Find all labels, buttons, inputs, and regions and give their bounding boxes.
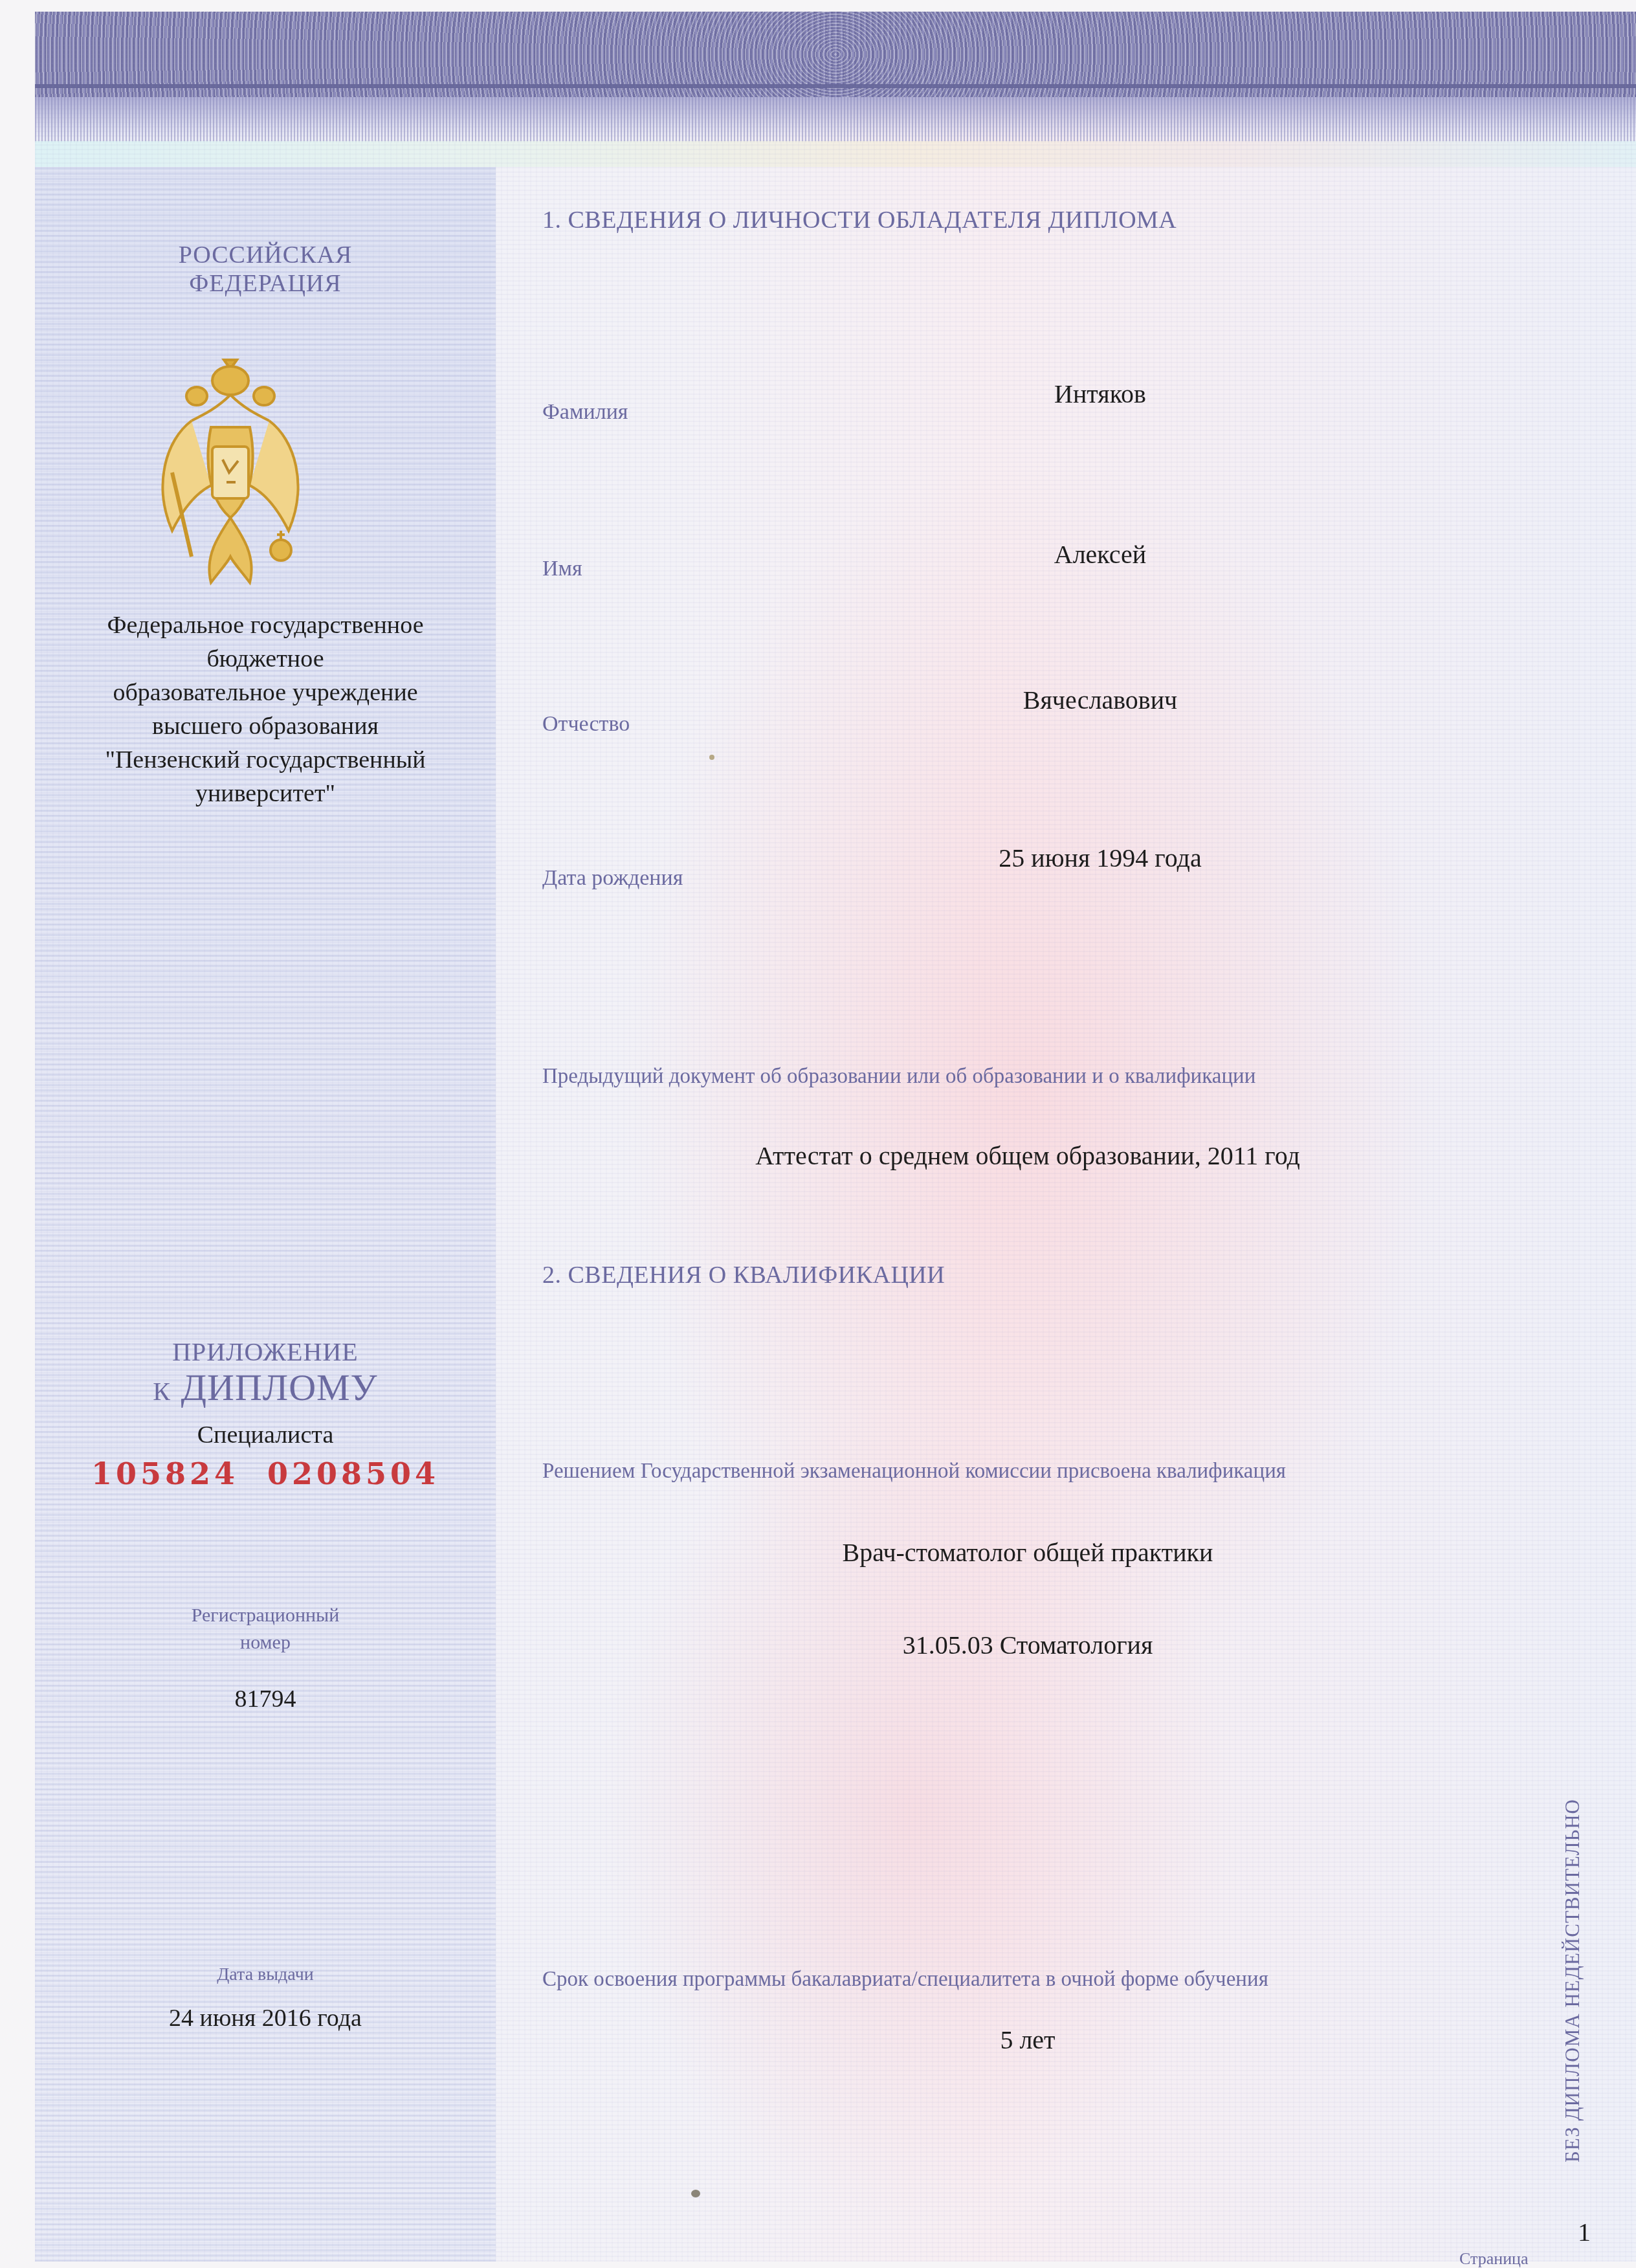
- study-duration-label: Срок освоения программы бакалавриата/спе…: [542, 1968, 1268, 1992]
- section-1-title: 1. СВЕДЕНИЯ О ЛИЧНОСТИ ОБЛАДАТЕЛЯ ДИПЛОМ…: [542, 206, 1177, 234]
- previous-document-value: Аттестат о среднем общем образовании, 20…: [542, 1140, 1513, 1171]
- institution-line: высшего образования: [35, 709, 496, 743]
- scan-speck: [709, 755, 714, 760]
- field-label-first-name: Имя: [542, 557, 582, 581]
- degree-level: Специалиста: [35, 1421, 496, 1449]
- validity-note: БЕЗ ДИПЛОМА НЕДЕЙСТВИТЕЛЬНО: [1547, 1748, 1598, 2214]
- registration-label-line-2: номер: [35, 1629, 496, 1656]
- registration-number: 81794: [35, 1685, 496, 1713]
- supplement-title-line-2: К ДИПЛОМУ: [35, 1366, 496, 1409]
- country-line-1: РОССИЙСКАЯ: [35, 241, 496, 269]
- validity-note-text: БЕЗ ДИПЛОМА НЕДЕЙСТВИТЕЛЬНО: [1561, 1799, 1584, 2162]
- registration-label-line-1: Регистрационный: [35, 1602, 496, 1629]
- band-separator-line: [35, 84, 1636, 88]
- russian-coat-of-arms-icon: [146, 343, 315, 602]
- registration-label: Регистрационный номер: [35, 1602, 496, 1656]
- guilloche-band-fade: [35, 97, 1636, 142]
- field-value-birth-date: 25 июня 1994 года: [777, 843, 1424, 873]
- previous-document-label: Предыдущий документ об образовании или о…: [542, 1065, 1255, 1089]
- page-label: Страница: [1459, 2249, 1529, 2268]
- qualification-decision-label: Решением Государственной экзаменационной…: [542, 1460, 1286, 1484]
- field-value-first-name: Алексей: [777, 539, 1424, 570]
- supplement-title-prefix: К: [153, 1377, 171, 1406]
- field-value-patronymic: Вячеславович: [777, 685, 1424, 715]
- field-value-surname: Интяков: [777, 379, 1424, 409]
- institution-line: "Пензенский государственный: [35, 743, 496, 777]
- field-label-birth-date: Дата рождения: [542, 866, 683, 891]
- study-duration-value: 5 лет: [542, 2025, 1513, 2055]
- institution-line: университет": [35, 777, 496, 810]
- scan-speck: [691, 2190, 700, 2197]
- pastel-security-strip: [35, 141, 1636, 167]
- institution-line: образовательное учреждение: [35, 676, 496, 709]
- supplement-title-main: ДИПЛОМУ: [181, 1366, 377, 1408]
- field-label-patronymic: Отчество: [542, 712, 630, 737]
- issue-date-label: Дата выдачи: [35, 1964, 496, 1985]
- page-number: 1: [1578, 2217, 1591, 2247]
- specialty-value: 31.05.03 Стоматология: [542, 1630, 1513, 1660]
- serial-number: 105824 0208504: [35, 1456, 496, 1491]
- institution-name: Федеральное государственное бюджетное об…: [35, 608, 496, 810]
- field-label-surname: Фамилия: [542, 400, 628, 425]
- section-2-title: 2. СВЕДЕНИЯ О КВАЛИФИКАЦИИ: [542, 1261, 945, 1289]
- qualification-value: Врач-стоматолог общей практики: [542, 1537, 1513, 1568]
- country-line-2: ФЕДЕРАЦИЯ: [35, 269, 496, 298]
- country-title: РОССИЙСКАЯ ФЕДЕРАЦИЯ: [35, 241, 496, 298]
- supplement-title-line-1: ПРИЛОЖЕНИЕ: [35, 1337, 496, 1367]
- issue-date-value: 24 июня 2016 года: [35, 2004, 496, 2032]
- institution-line: бюджетное: [35, 642, 496, 676]
- institution-line: Федеральное государственное: [35, 608, 496, 642]
